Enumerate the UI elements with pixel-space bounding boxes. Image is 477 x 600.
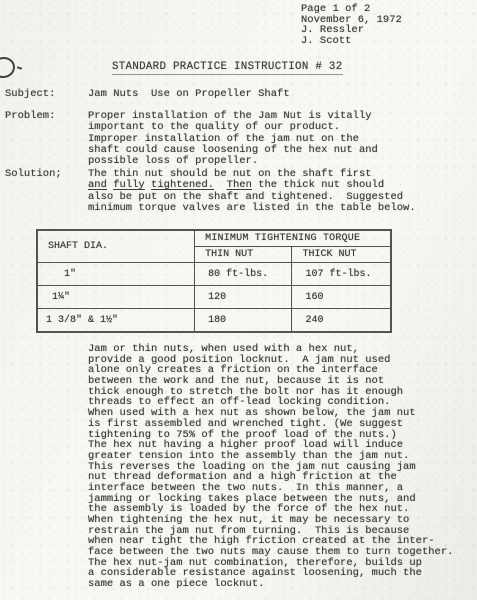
torque-table: SHAFT DIA. MINIMUM TIGHTENING TORQUE THI… xyxy=(36,229,392,333)
table-cell: 1" xyxy=(37,263,195,286)
text-segment: also be put on the shaft and tightened. … xyxy=(88,191,403,203)
thin-nut-header: THIN NUT xyxy=(195,247,292,263)
text-line: greater tension into the assembly than t… xyxy=(88,451,453,462)
problem-row: Problem: Proper installation of the Jam … xyxy=(0,111,477,167)
text-line: is first assembled and wrenched tight. (… xyxy=(88,419,453,430)
text-line: J. Scott xyxy=(301,36,402,47)
scanned-document-page: Page 1 of 2November 6, 1972J. ResslerJ. … xyxy=(0,0,477,600)
underlined-text: tightened. xyxy=(151,179,214,191)
subject-value: Jam Nuts Use on Propeller Shaft xyxy=(88,89,477,100)
text-segment xyxy=(214,179,227,191)
solution-label: Solution; xyxy=(5,169,62,180)
text-line: same as a one piece locknut. xyxy=(88,579,453,590)
text-segment: the thick nut should xyxy=(252,179,384,191)
table-cell: 180 xyxy=(195,309,292,333)
min-torque-header: MINIMUM TIGHTENING TORQUE xyxy=(195,230,391,247)
subject-row: Subject: Jam Nuts Use on Propeller Shaft xyxy=(0,89,477,100)
table-cell: 120 xyxy=(195,286,292,309)
table-cell: 1¼" xyxy=(37,286,195,309)
problem-text: Proper installation of the Jam Nut is vi… xyxy=(88,111,477,167)
table-row: 1"80 ft-lbs.107 ft-lbs. xyxy=(37,263,391,286)
problem-label: Problem: xyxy=(5,111,55,122)
table-cell: 107 ft-lbs. xyxy=(292,263,391,286)
text-line: Page 1 of 2 xyxy=(301,4,402,15)
table-cell: 160 xyxy=(292,286,391,309)
table-row: 1¼"120160 xyxy=(37,286,391,309)
solution-row: Solution; The thin nut should be nut on … xyxy=(0,169,477,214)
document-title: STANDARD PRACTICE INSTRUCTION # 32 xyxy=(112,62,343,75)
table-cell: 240 xyxy=(292,309,391,333)
text-line: minimum torque valves are listed in the … xyxy=(88,203,477,214)
shaft-dia-header: SHAFT DIA. xyxy=(37,230,195,263)
text-segment: minimum torque valves are listed in the … xyxy=(88,202,416,214)
table-row: 1 3/8" & 1½"180240 xyxy=(37,309,391,333)
torque-table-head: SHAFT DIA. MINIMUM TIGHTENING TORQUE THI… xyxy=(37,230,391,263)
table-cell: 1 3/8" & 1½" xyxy=(37,309,195,333)
hole-punch-mark xyxy=(0,56,16,80)
text-line: important to the quality of our product. xyxy=(88,122,477,133)
subject-label: Subject: xyxy=(5,89,55,100)
page-header-block: Page 1 of 2November 6, 1972J. ResslerJ. … xyxy=(301,4,402,46)
body-paragraph: Jam or thin nuts, when used with a hex n… xyxy=(88,344,453,590)
underlined-text: fully xyxy=(113,179,145,191)
underlined-text: Then xyxy=(227,179,252,191)
torque-table-body: 1"80 ft-lbs.107 ft-lbs. 1¼"1201601 3/8" … xyxy=(37,263,391,333)
underlined-text: and xyxy=(88,179,107,191)
text-line: possible loss of propeller. xyxy=(88,156,477,167)
pen-dash-mark xyxy=(17,66,22,69)
table-cell: 80 ft-lbs. xyxy=(195,263,292,286)
table-header-row: SHAFT DIA. MINIMUM TIGHTENING TORQUE xyxy=(37,230,391,247)
solution-text: The thin nut should be nut on the shaft … xyxy=(88,169,477,214)
thick-nut-header: THICK NUT xyxy=(292,247,391,263)
